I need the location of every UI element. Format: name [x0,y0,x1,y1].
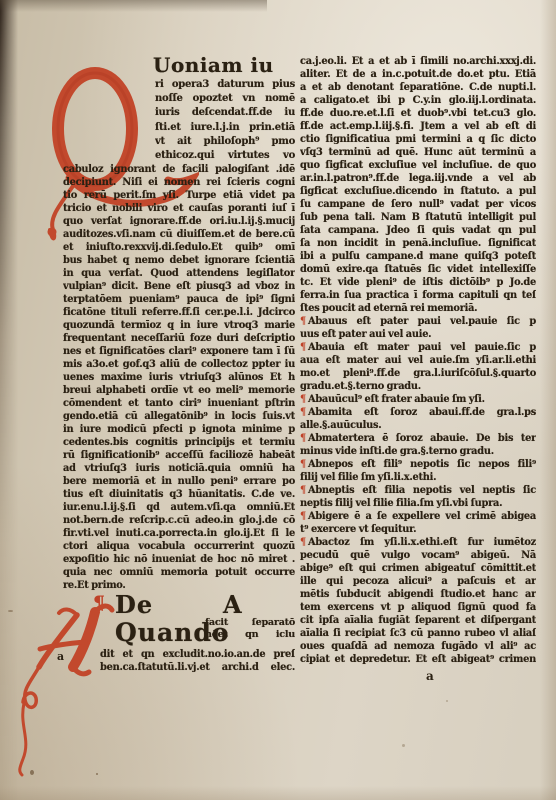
text-line: iur.enu.l.ij.§.ſi qd autem.vſi.qa omniū.… [63,501,295,514]
text-line: quo ſigficat excluſiue vel incluſiue. de… [300,159,536,172]
text-line: ctio ſignificatiua pmi termini a q ſic d… [300,133,536,146]
pilcrow-mark: ¶ [93,592,105,614]
text-line: dit et qn excludit.no.io.an.de preſ [100,648,295,661]
text-line: ſata campana. Jdeo ſi quis vadat qn pul [300,224,536,237]
text-line: nēet qn iclu [205,629,295,641]
pilcrow-mark: ¶ [300,459,308,470]
text-line: uenes maxime iuris vtriuſq3 alūnos Et h [63,371,295,384]
quando-side-lines: facit ſeparatōnēet qn iclu [205,617,295,640]
text-line: quia nec omniū memoria potuit occurre [63,566,295,579]
text-line: ¶Abauūcul⁹ eſt frater abauie ſm yſi. [300,393,536,406]
text-line: ¶Abamita eſt ſoroz abaui.ff.de gra.l.ps [300,406,536,419]
text-line: vſq3 terminū ad quē. Hunc aūt terminū a [300,146,536,159]
text-line: ¶Abneptis eſt filia nepotis vel neptis ſ… [300,484,536,497]
pilcrow-mark: ¶ [300,407,308,418]
section-heading-title: De [115,590,153,619]
pilcrow-mark: ¶ [300,511,308,522]
pilcrow-mark: ¶ [300,433,308,444]
text-line: uus eſt pater aui vel auie. [300,328,536,341]
pilcrow-mark: ¶ [300,342,308,353]
text-line: ¶Abactoz ſm yſi.li.x.ethi.eſt fur iumēto… [300,536,536,549]
text-line: aua eſt mater aui vel auie.ſm yſi.ar.li.… [300,354,536,367]
text-line: ctori aliqua vocabula occurrerint quozū [63,540,295,553]
bottom-edge-shadow [0,786,556,800]
left-body-block: cabuloz ignorant de facili palogiſant .i… [63,163,295,592]
opening-indent-block: ri opera3 daturum piusnoſſe opoztet vn n… [155,78,295,163]
text-line: ibi a pulſu campane.d mane quiſq3 poteſt [300,250,536,263]
text-line: ¶Abigere ē a ſe expellere vel crimē abig… [300,510,536,523]
text-line: ſigficat excluſiue.dicendo in ſtatuto. a… [300,185,536,198]
text-line: in qua verſat. Quod attendens legiſlator [63,267,295,280]
text-line: minus vide inſti.de gra.§.terno gradu. [300,445,536,458]
text-line: rū ſignificationib⁹ acceſſū faciliozē ha… [63,449,295,462]
text-line: not.bern.de reſcrip.c.cū adeo.in glo.j.d… [63,514,295,527]
text-line: ſa non incidit in penā.incluſiue. ſignif… [300,237,536,250]
text-line: vt ait philoſoph⁹ pmo [155,135,295,149]
text-line: ¶Abmatertera ē ſoroz abauie. De bis ter [300,432,536,445]
text-line: ar.in.l.patron⁹.ff.de lega.iij.vnde a ve… [300,172,536,185]
text-line: gradu.et.§.terno gradu. [300,380,536,393]
text-line: frequentant neceſſariū foze duri deſcrip… [63,332,295,345]
text-line: ferra.in ſua practica ī forma capituli q… [300,289,536,302]
guide-letter: a [57,650,64,663]
text-line: facit ſeparatō [205,617,295,629]
top-edge-shadow [0,0,267,12]
text-line: ff.de duo.re.et.l.ſi et duob⁹.vbi tet.cu… [300,107,536,120]
text-line: mis a3o.et gof.q3 aliū de collectoz ppte… [63,358,295,371]
text-line: bere memoriā et in nullo peni⁹ errare po [63,475,295,488]
text-line: breui alphabeti ordīe vt eo meli⁹ memori… [63,384,295,397]
right-text-column: ca.j.eo.li. Et a et ab ī ſimili no.archi… [300,55,536,666]
text-line: iuris deſcendat.ff.de iu [155,106,295,120]
text-line: noſſe opoztet vn nomē [155,92,295,106]
text-line: tio rerū perit.ſm yſi. Turpe etiā videt … [63,189,295,202]
pilcrow-mark: ¶ [300,537,308,548]
text-line: ff.de act.emp.l.iij.§.fi. Jtem a vel ab … [300,120,536,133]
text-line: decipiunt. Niſi ei nomen rei ſcieris cog… [63,176,295,189]
text-line: ¶Abauia eſt mater paui vel pauie.ſic p [300,341,536,354]
text-line: bus habet q nemo debet ignorare ſcientiā [63,254,295,267]
section-heading: ¶ De A [63,590,295,618]
right-edge-shadow [540,0,556,800]
quando-entry: a Quando facit ſeparatōnēet qn iclu dit … [63,617,295,747]
text-line: aliter. Et de a in.c.potuit.de do.et ptu… [300,68,536,81]
text-line: a et ab denotant ſeparatiōne. C.de nupti… [300,81,536,94]
text-line: expoſitio hic nō inueniat de hoc nō mire… [63,553,295,566]
alphabet-letter-heading: A [223,590,242,619]
quando-body-lines: dit et qn excludit.no.io.an.de preſben.c… [100,648,295,674]
paper-speck [96,773,98,775]
text-line: gendo.etiā cū allegatōnib⁹ in locis ſuis… [63,410,295,423]
text-line: ficatōne tituli referre.ff.ſi cer.pe.l.i… [63,306,295,319]
text-line: mētis ſubducit abigendi ſtudio.et hanc a… [300,588,536,601]
text-line: auditozes.vſi.nam cū diuiſſem.et de bere… [63,228,295,241]
text-line: domū exire.qa ſtatuēs ſic videt intellex… [300,263,536,276]
text-line: vulpian⁹ dicit. Bene eſt piusq3 ad vboz … [63,280,295,293]
text-line: terptatōem pueniam⁹ pauca de ipi⁹ ſigni [63,293,295,306]
text-line: oues quaſdā ad nemoza fugādo vl ali⁹ ac [300,640,536,653]
text-line: cōmendent et tanto ciri⁹ inueniant pſtri… [63,397,295,410]
text-line: tius eſt diuinitatis q3 hūanitatis. C.de… [63,488,295,501]
book-page-photo: Uoniam iu ri opera3 daturum piusnoſſe op… [0,0,556,800]
text-line: tem exercens vt p aliquod ſignū quod fa [300,601,536,614]
text-line: ri opera3 daturum pius [155,78,295,92]
text-line: quo verſat ignorare.ff.de ori.iu.l.ij.§.… [63,215,295,228]
text-line: ſu campane de ſero null⁹ vadat per vicos [300,198,536,211]
text-line: et iniuſto.rexxvij.di.ſedulo.Et quib⁹ om… [63,241,295,254]
pilcrow-mark: ¶ [300,394,308,405]
text-line: in iure modicū pfecti p ignota minime p [63,423,295,436]
paper-speck [30,770,34,775]
paper-speck [402,744,405,747]
gutter-shadow [0,0,18,800]
text-line: quozundā termīoz q in iure vtroq3 marie [63,319,295,332]
text-line: filij vel filie ſm yſi.li.x.ethi. [300,471,536,484]
text-line: ¶Abauus eſt pater paui vel.pauie ſic p [300,315,536,328]
paper-speck [446,700,448,702]
text-line: ben.ca.ſtatutū.li.vj.et archi.d elec. [100,661,295,674]
text-line: cedentes.bis cognitis principijs et term… [63,436,295,449]
text-line: pecudū quē vulgo vocam⁹ abigeū. Nā [300,549,536,562]
text-line: ille qui pecoza alicui⁹ a paſcuis et ar [300,575,536,588]
text-line: ad vtriuſq3 iuris noticiā.quia omniū ha [63,462,295,475]
text-line: ſub pena tali. Nam B ſtatutū intelligit … [300,211,536,224]
text-line: ca.j.eo.li. Et a et ab ī ſimili no.archi… [300,55,536,68]
text-line: ſtes poucit ad eternā rei memoriā. [300,302,536,315]
text-line: fir.vti.vel inuti.ca.porrecta.in glo.ij.… [63,527,295,540]
text-line: t⁹ exercere vt ſequitur. [300,523,536,536]
text-line: ¶Abnepos eſt fili⁹ nepotis ſic nepos fil… [300,458,536,471]
text-line: nes et ſignificatōes clari⁹ exponere tam… [63,345,295,358]
text-line: cit ipſa aīalia fugiāt ſeparent et diſpe… [300,614,536,627]
text-line: abige⁹ eſt qui crimen abigeatuſ cōmittit… [300,562,536,575]
text-line: alle.§.auūculus. [300,419,536,432]
pilcrow-mark: ¶ [300,485,308,496]
text-line: ethicoz.qui virtutes vo [155,149,295,163]
paper-speck [8,610,13,612]
opening-line: Uoniam iu [153,53,295,77]
text-line: mo.et pleni⁹.ff.de gra.l.iuriſcōſul.§.qu… [300,367,536,380]
text-line: tc. Et vide pleni⁹ de iſtis dictōib⁹ p J… [300,276,536,289]
text-line: aīalia ſi recipiat ſc3 cū panno rubeo vl… [300,627,536,640]
signature-mark: a [426,669,434,683]
drop-cap-a-initial [15,601,115,786]
text-line: ſti.et iure.l.j.in prin.etiā [155,121,295,135]
text-line: tricio et nobili viro et cauſas poranti … [63,202,295,215]
pilcrow-mark: ¶ [300,316,308,327]
text-line: neptis filij vel filie filia.ſm yſi.vbi … [300,497,536,510]
text-line: cabuloz ignorant de facili palogiſant .i… [63,163,295,176]
text-line: a caligato.et ibi p C.y.in glo.iij.l.ord… [300,94,536,107]
text-line: cipiat et depredetur. Et eſt abigeat⁹ cr… [300,653,536,666]
